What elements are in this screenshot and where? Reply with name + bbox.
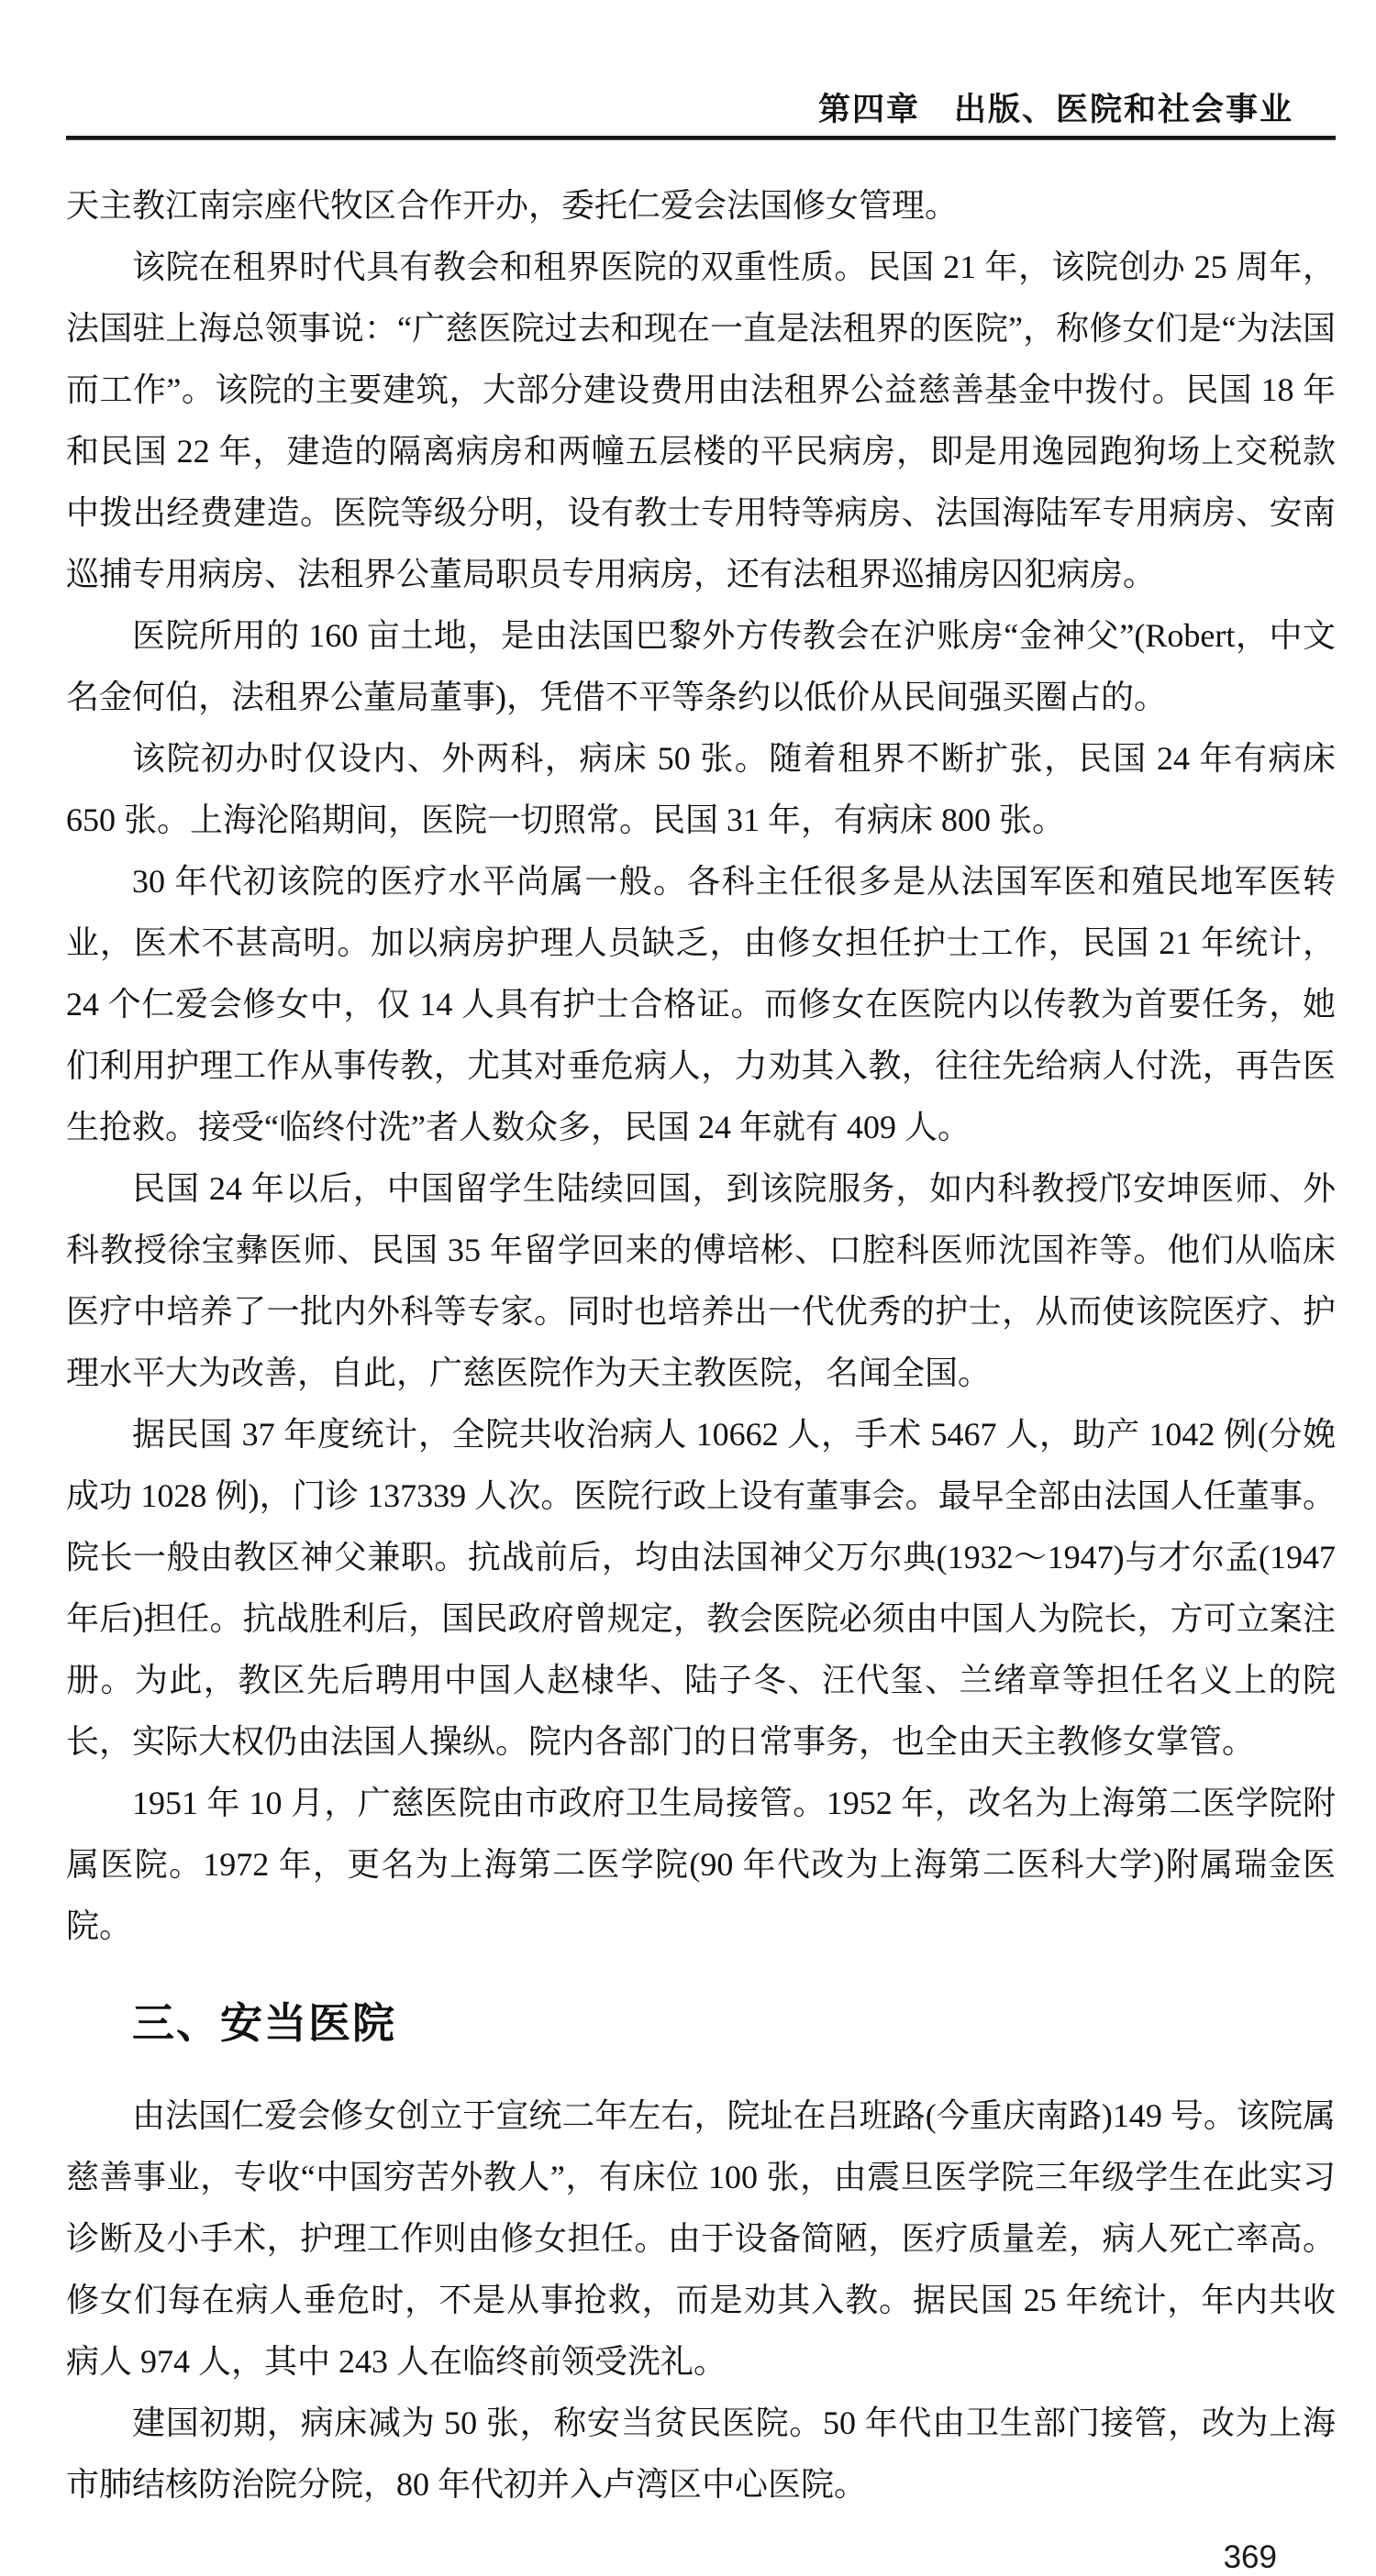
- running-head-chapter-title: 第四章 出版、医院和社会事业: [66, 92, 1336, 128]
- header-rule: [66, 136, 1336, 140]
- paragraph: 1951 年 10 月，广慈医院由市政府卫生局接管。1952 年，改名为上海第二…: [66, 1773, 1336, 1957]
- paragraph: 天主教江南宗座代牧区合作开办，委托仁爱会法国修女管理。: [66, 175, 1336, 237]
- book-page: 第四章 出版、医院和社会事业 天主教江南宗座代牧区合作开办，委托仁爱会法国修女管…: [66, 0, 1336, 2576]
- paragraph: 据民国 37 年度统计，全院共收治病人 10662 人，手术 5467 人，助产…: [66, 1404, 1336, 1773]
- page-footer: 369: [66, 2539, 1336, 2576]
- page-header: 第四章 出版、医院和社会事业: [66, 0, 1336, 140]
- section-heading: 三、安当医院: [132, 1999, 1336, 2047]
- page-body: 天主教江南宗座代牧区合作开办，委托仁爱会法国修女管理。 该院在租界时代具有教会和…: [66, 175, 1336, 2515]
- paragraph: 由法国仁爱会修女创立于宣统二年左右，院址在吕班路(今重庆南路)149 号。该院属…: [66, 2085, 1336, 2393]
- paragraph: 30 年代初该院的医疗水平尚属一般。各科主任很多是从法国军医和殖民地军医转业，医…: [66, 851, 1336, 1158]
- paragraph: 医院所用的 160 亩土地，是由法国巴黎外方传教会在沪账房“金神父”(Rober…: [66, 605, 1336, 728]
- page-number: 369: [66, 2539, 1336, 2576]
- paragraph: 该院在租界时代具有教会和租界医院的双重性质。民国 21 年，该院创办 25 周年…: [66, 237, 1336, 605]
- paragraph: 民国 24 年以后，中国留学生陆续回国，到该院服务，如内科教授邝安坤医师、外科教…: [66, 1158, 1336, 1404]
- paragraph: 建国初期，病床减为 50 张，称安当贫民医院。50 年代由卫生部门接管，改为上海…: [66, 2393, 1336, 2515]
- paragraph: 该院初办时仅设内、外两科，病床 50 张。随着租界不断扩张，民国 24 年有病床…: [66, 728, 1336, 851]
